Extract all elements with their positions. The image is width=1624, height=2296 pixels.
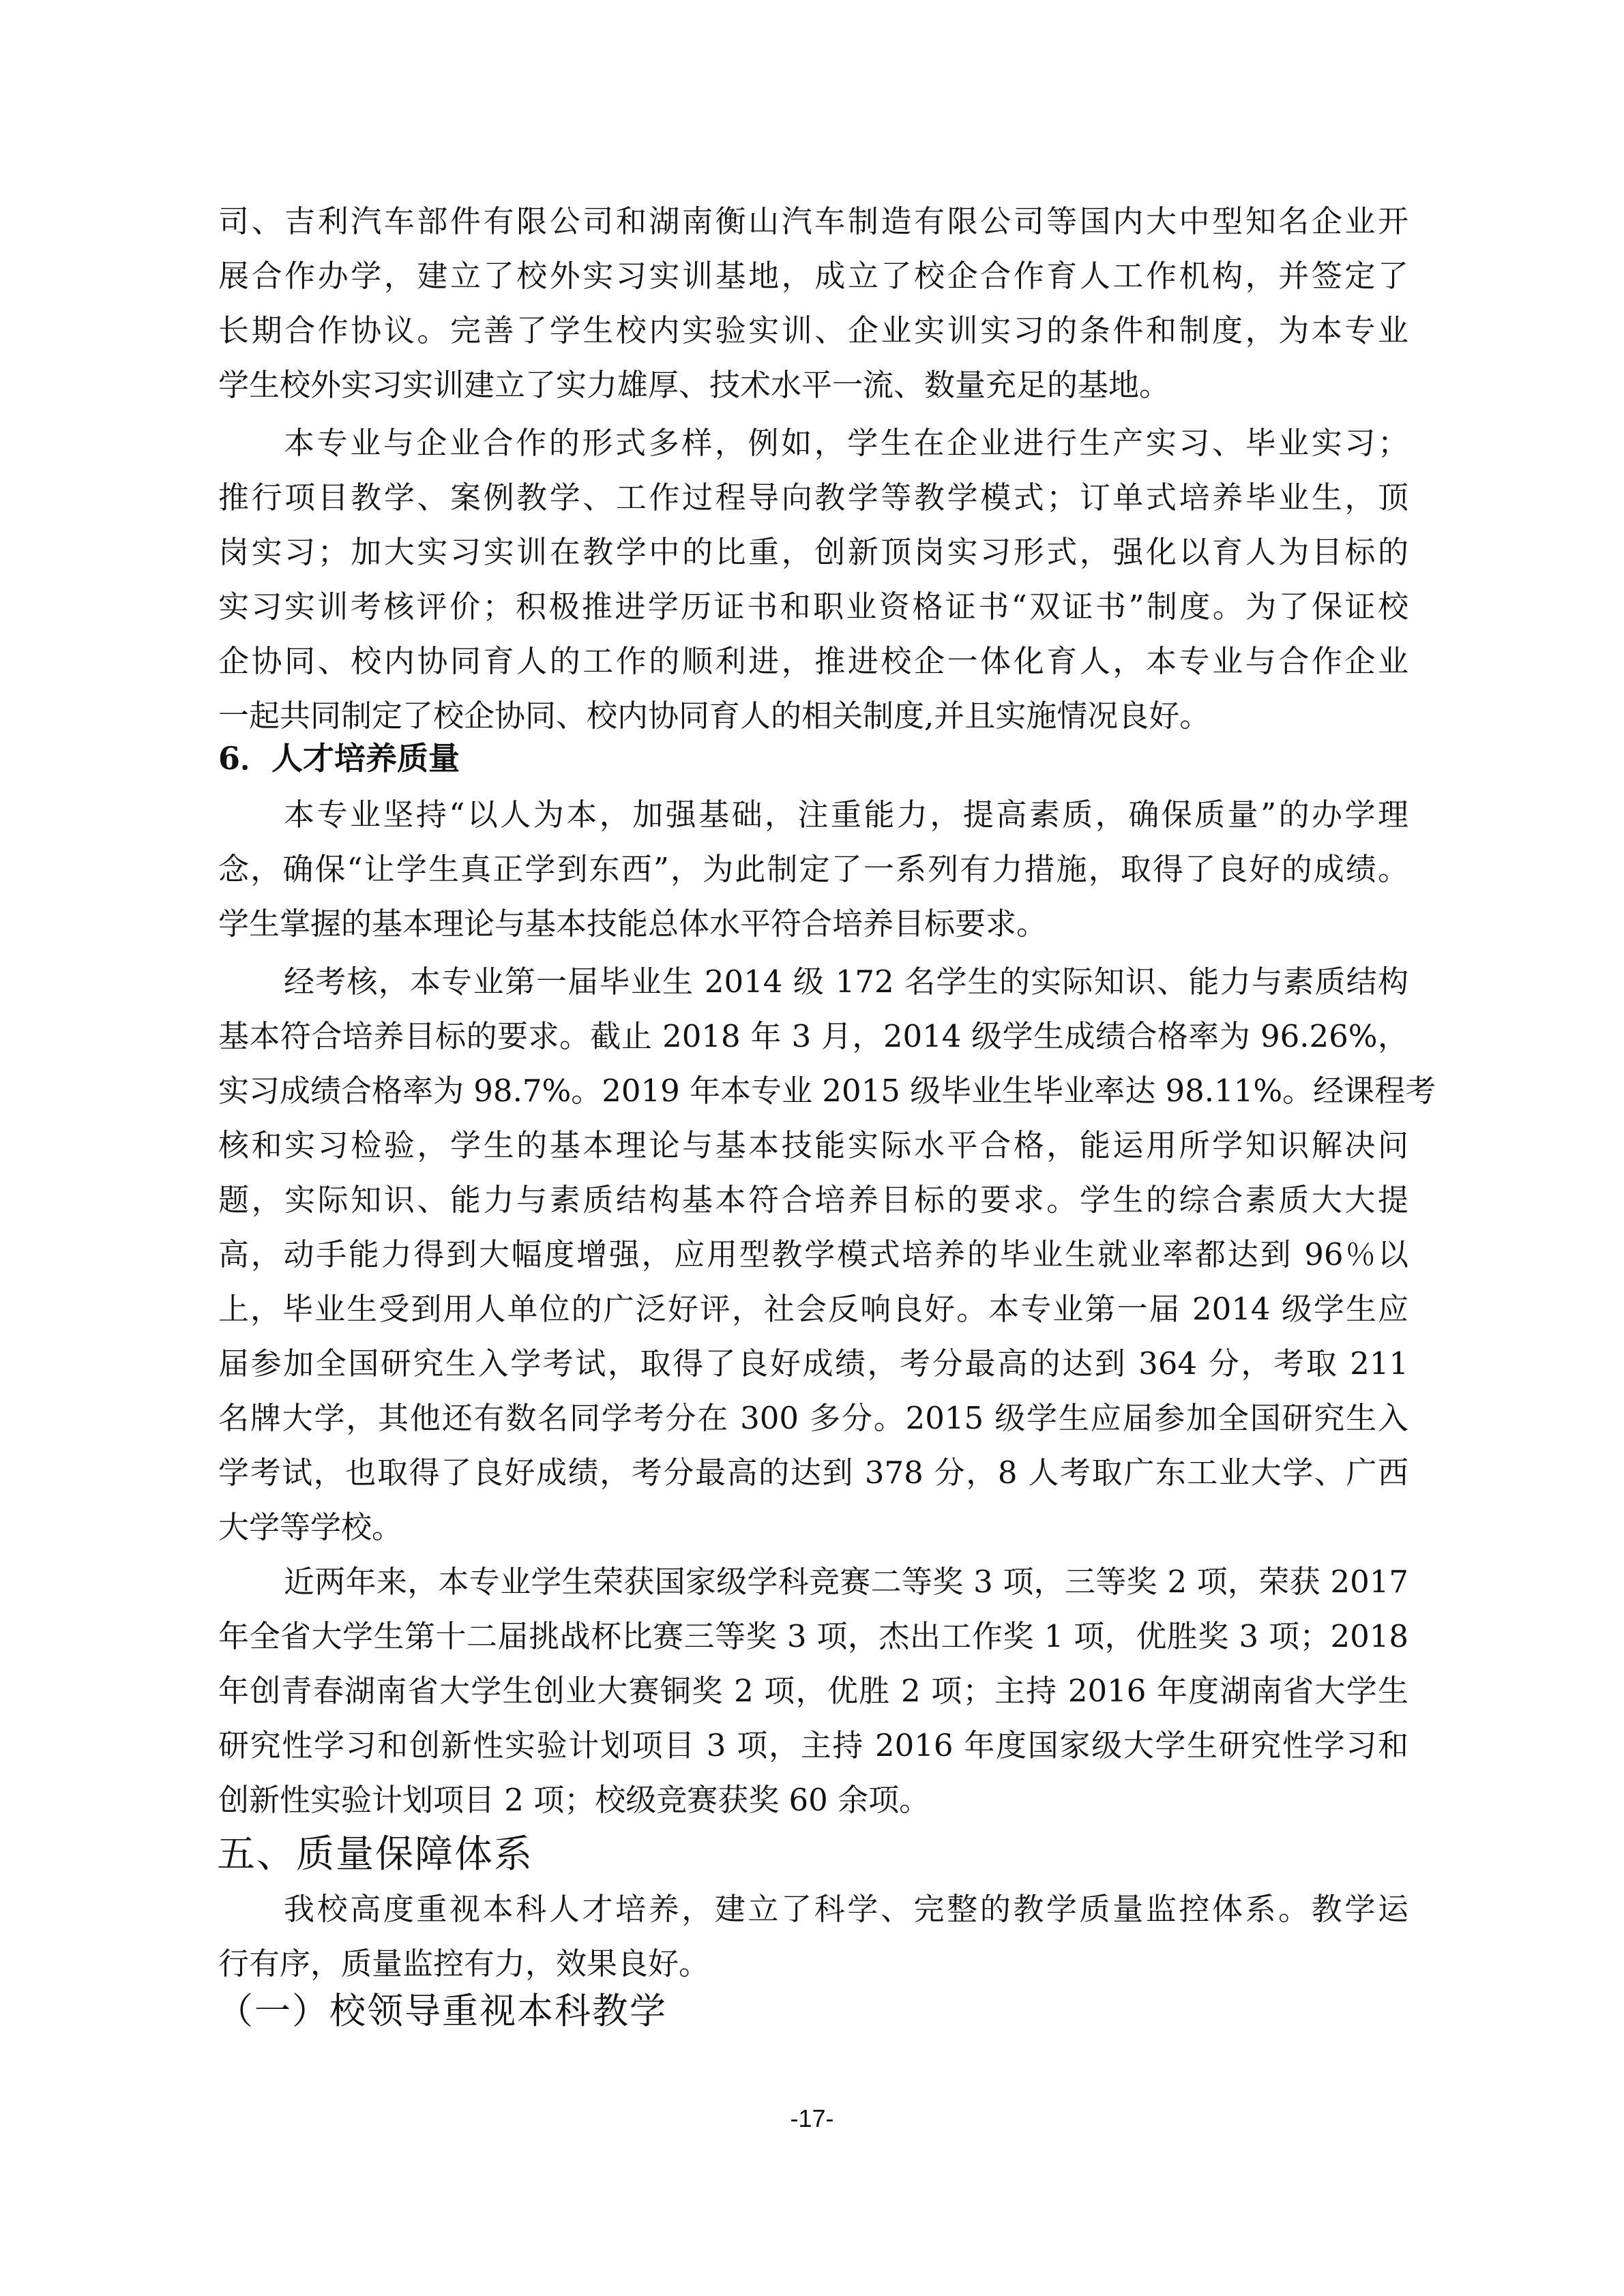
paragraph-line: 上，毕业生受到用人单位的广泛好评，社会反响良好。本专业第一届 2014 级学生应 xyxy=(218,1282,1408,1337)
paragraph-line: 本专业坚持“以人为本，加强基础，注重能力，提高素质，确保质量”的办学理 xyxy=(284,788,1408,842)
paragraph-line: 核和实习检验，学生的基本理论与基本技能实际水平合格，能运用所学知识解决问 xyxy=(218,1118,1408,1173)
paragraph-line: 研究性学习和创新性实验计划项目 3 项，主持 2016 年度国家级大学生研究性学… xyxy=(218,1718,1408,1773)
paragraph-line: 届参加全国研究生入学考试，取得了良好成绩，考分最高的达到 364 分，考取 21… xyxy=(218,1337,1408,1391)
paragraph-line: 行有序，质量监控有力，效果良好。 xyxy=(218,1937,1408,1991)
paragraph-line: 题，实际知识、能力与素质结构基本符合培养目标的要求。学生的综合素质大大提 xyxy=(218,1173,1408,1227)
paragraph-line: 司、吉利汽车部件有限公司和湖南衡山汽车制造有限公司等国内大中型知名企业开 xyxy=(218,194,1408,249)
paragraph-line: 经考核，本专业第一届毕业生 2014 级 172 名学生的实际知识、能力与素质结… xyxy=(284,955,1408,1009)
subsection-heading: 6．人才培养质量 xyxy=(218,734,460,782)
paragraph-line: 实习成绩合格率为 98.7%。2019 年本专业 2015 级毕业生毕业率达 9… xyxy=(218,1064,1408,1118)
paragraph-line: 岗实习；加大实习实训在教学中的比重，创新顶岗实习形式，强化以育人为目标的 xyxy=(218,525,1408,580)
paragraph-line: 近两年来，本专业学生荣获国家级学科竞赛二等奖 3 项，三等奖 2 项，荣获 20… xyxy=(284,1555,1408,1609)
paragraph-line: 名牌大学，其他还有数名同学考分在 300 多分。2015 级学生应届参加全国研究… xyxy=(218,1391,1408,1446)
chapter-heading: 五、质量保障体系 xyxy=(217,1828,533,1882)
page-number: -17- xyxy=(0,2104,1624,2134)
document-page: 司、吉利汽车部件有限公司和湖南衡山汽车制造有限公司等国内大中型知名企业开 展合作… xyxy=(0,0,1624,2296)
paragraph-line: 推行项目教学、案例教学、工作过程导向教学等教学模式；订单式培养毕业生，顶 xyxy=(218,471,1408,525)
paragraph-line: 学生校外实习实训建立了实力雄厚、技术水平一流、数量充足的基地。 xyxy=(218,358,1408,413)
paragraph-line: 年全省大学生第十二届挑战杯比赛三等奖 3 项，杰出工作奖 1 项，优胜奖 3 项… xyxy=(218,1609,1408,1664)
section-heading: （一）校领导重视本科教学 xyxy=(217,1984,667,2039)
paragraph-line: 展合作办学，建立了校外实习实训基地，成立了校企合作育人工作机构，并签定了 xyxy=(218,249,1408,303)
paragraph-line: 长期合作协议。完善了学生校内实验实训、企业实训实习的条件和制度，为本专业 xyxy=(218,303,1408,358)
paragraph-line: 我校高度重视本科人才培养，建立了科学、完整的教学质量监控体系。教学运 xyxy=(284,1882,1408,1937)
paragraph-line: 实习实训考核评价；积极推进学历证书和职业资格证书“双证书”制度。为了保证校 xyxy=(218,580,1408,634)
paragraph-line: 创新性实验计划项目 2 项；校级竞赛获奖 60 余项。 xyxy=(218,1773,1408,1828)
paragraph-line: 本专业与企业合作的形式多样，例如，学生在企业进行生产实习、毕业实习； xyxy=(284,416,1408,471)
paragraph-line: 高，动手能力得到大幅度增强，应用型教学模式培养的毕业生就业率都达到 96％以 xyxy=(218,1227,1408,1282)
paragraph-line: 念，确保“让学生真正学到东西”，为此制定了一系列有力措施，取得了良好的成绩。 xyxy=(218,842,1408,897)
paragraph-line: 学生掌握的基本理论与基本技能总体水平符合培养目标要求。 xyxy=(218,897,1408,951)
paragraph-line: 年创青春湖南省大学生创业大赛铜奖 2 项，优胜 2 项；主持 2016 年度湖南… xyxy=(218,1664,1408,1718)
paragraph-line: 基本符合培养目标的要求。截止 2018 年 3 月，2014 级学生成绩合格率为… xyxy=(218,1009,1408,1064)
paragraph-line: 学考试，也取得了良好成绩，考分最高的达到 378 分，8 人考取广东工业大学、广… xyxy=(218,1446,1408,1500)
paragraph-line: 大学等学校。 xyxy=(218,1500,1408,1555)
paragraph-line: 企协同、校内协同育人的工作的顺利进，推进校企一体化育人，本专业与合作企业 xyxy=(218,634,1408,689)
